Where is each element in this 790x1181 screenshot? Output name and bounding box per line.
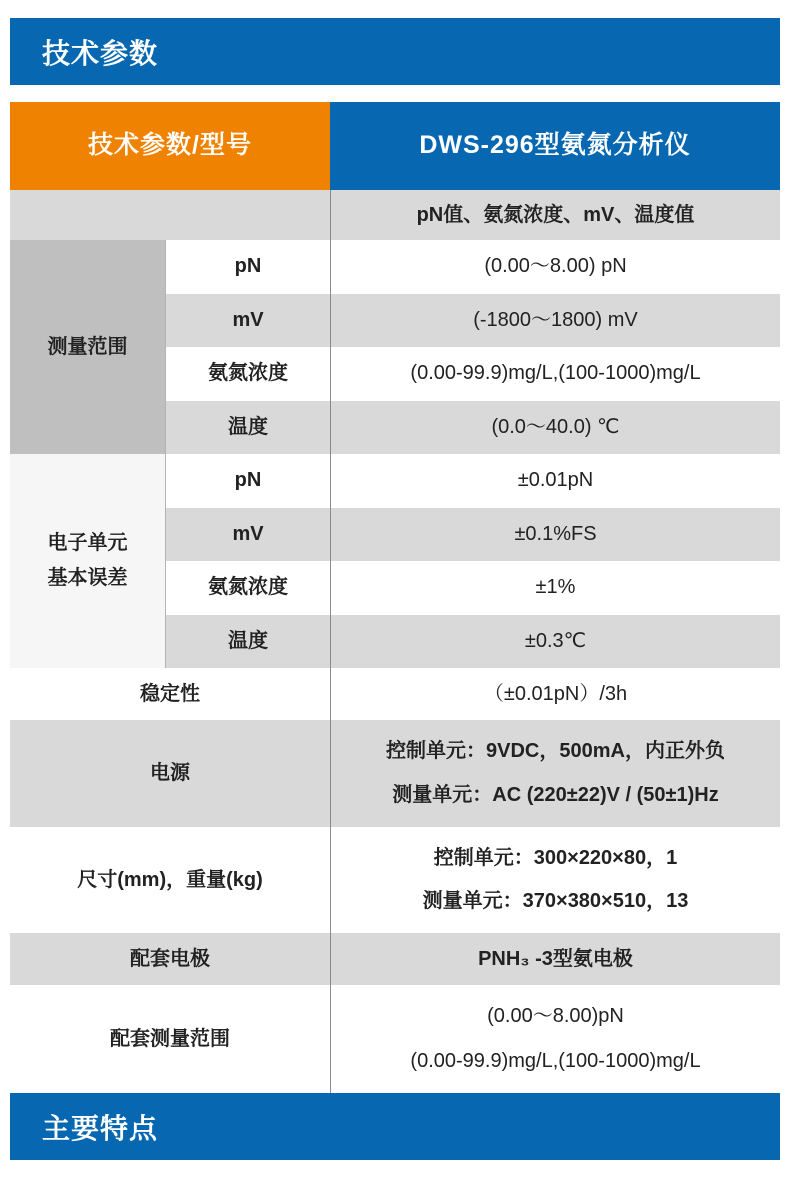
electrode-range-value-line2: (0.00-99.9)mg/L,(100-1000)mg/L bbox=[410, 1049, 700, 1074]
basic-error-value-temp: ±0.3℃ bbox=[330, 615, 780, 669]
dimensions-value-line1: 控制单元：300×220×80，1 bbox=[434, 846, 677, 871]
dimensions-value: 控制单元：300×220×80，1 测量单元：370×380×510，13 bbox=[330, 827, 780, 933]
dimensions-value-line2: 测量单元：370×380×510，13 bbox=[423, 889, 689, 914]
basic-error-group-label-line1: 电子单元 bbox=[48, 531, 128, 556]
measure-range-param-temp: 温度 bbox=[165, 401, 330, 455]
power-value-line1: 控制单元：9VDC，500mA，内正外负 bbox=[386, 739, 725, 764]
table-header-param-col: 技术参数/型号 bbox=[10, 102, 330, 190]
table-header-model-label: DWS-296型氨氮分析仪 bbox=[419, 130, 690, 161]
basic-error-group-label-line2: 基本误差 bbox=[48, 566, 128, 591]
basic-error-param-ammonia: 氨氮浓度 bbox=[165, 561, 330, 615]
output-row-label-empty bbox=[10, 190, 330, 240]
measure-range-value-pn: (0.00～8.00) pN bbox=[330, 240, 780, 294]
basic-error-param-mv: mV bbox=[165, 508, 330, 562]
dimensions-label: 尺寸(mm)，重量(kg) bbox=[10, 827, 330, 933]
measure-range-value-mv: (-1800～1800) mV bbox=[330, 294, 780, 348]
page: 技术参数 技术参数/型号 DWS-296型氨氮分析仪 pN值、氨氮浓度、mV、温… bbox=[0, 0, 790, 1181]
measure-range-value-temp: (0.0～40.0) ℃ bbox=[330, 401, 780, 455]
measure-range-param-pn: pN bbox=[165, 240, 330, 294]
electrode-value: PNH₃ -3型氨电极 bbox=[330, 933, 780, 985]
basic-error-value-mv: ±0.1%FS bbox=[330, 508, 780, 562]
basic-error-value-pn: ±0.01pN bbox=[330, 454, 780, 508]
power-value-line2: 测量单元：AC (220±22)V / (50±1)Hz bbox=[392, 783, 718, 808]
measure-range-value-ammonia: (0.00-99.9)mg/L,(100-1000)mg/L bbox=[330, 347, 780, 401]
electrode-label: 配套电极 bbox=[10, 933, 330, 985]
output-row-value: pN值、氨氮浓度、mV、温度值 bbox=[330, 190, 780, 240]
basic-error-group-label: 电子单元 基本误差 bbox=[10, 454, 165, 668]
section-header-main-features: 主要特点 bbox=[10, 1093, 780, 1160]
basic-error-param-pn: pN bbox=[165, 454, 330, 508]
power-label: 电源 bbox=[10, 720, 330, 827]
power-value: 控制单元：9VDC，500mA，内正外负 测量单元：AC (220±22)V /… bbox=[330, 720, 780, 827]
table-header-param-label: 技术参数/型号 bbox=[88, 130, 252, 161]
measure-range-group-label: 测量范围 bbox=[10, 240, 165, 454]
basic-error-value-ammonia: ±1% bbox=[330, 561, 780, 615]
measure-range-param-mv: mV bbox=[165, 294, 330, 348]
stability-label: 稳定性 bbox=[10, 668, 330, 720]
spec-table: 技术参数/型号 DWS-296型氨氮分析仪 pN值、氨氮浓度、mV、温度值 测量… bbox=[10, 102, 780, 1093]
electrode-range-value-line1: (0.00～8.00)pN bbox=[487, 1004, 624, 1029]
section-title-technical-params: 技术参数 bbox=[42, 32, 158, 72]
table-header-model-col: DWS-296型氨氮分析仪 bbox=[330, 102, 780, 190]
section-header-technical-params: 技术参数 bbox=[10, 18, 780, 85]
basic-error-group-label-stack: 电子单元 基本误差 bbox=[48, 531, 128, 591]
electrode-range-label: 配套测量范围 bbox=[10, 985, 330, 1093]
stability-value: （±0.01pN）/3h bbox=[330, 668, 780, 720]
measure-range-param-ammonia: 氨氮浓度 bbox=[165, 347, 330, 401]
section-title-main-features: 主要特点 bbox=[42, 1107, 158, 1147]
basic-error-param-temp: 温度 bbox=[165, 615, 330, 669]
electrode-range-value: (0.00～8.00)pN (0.00-99.9)mg/L,(100-1000)… bbox=[330, 985, 780, 1093]
